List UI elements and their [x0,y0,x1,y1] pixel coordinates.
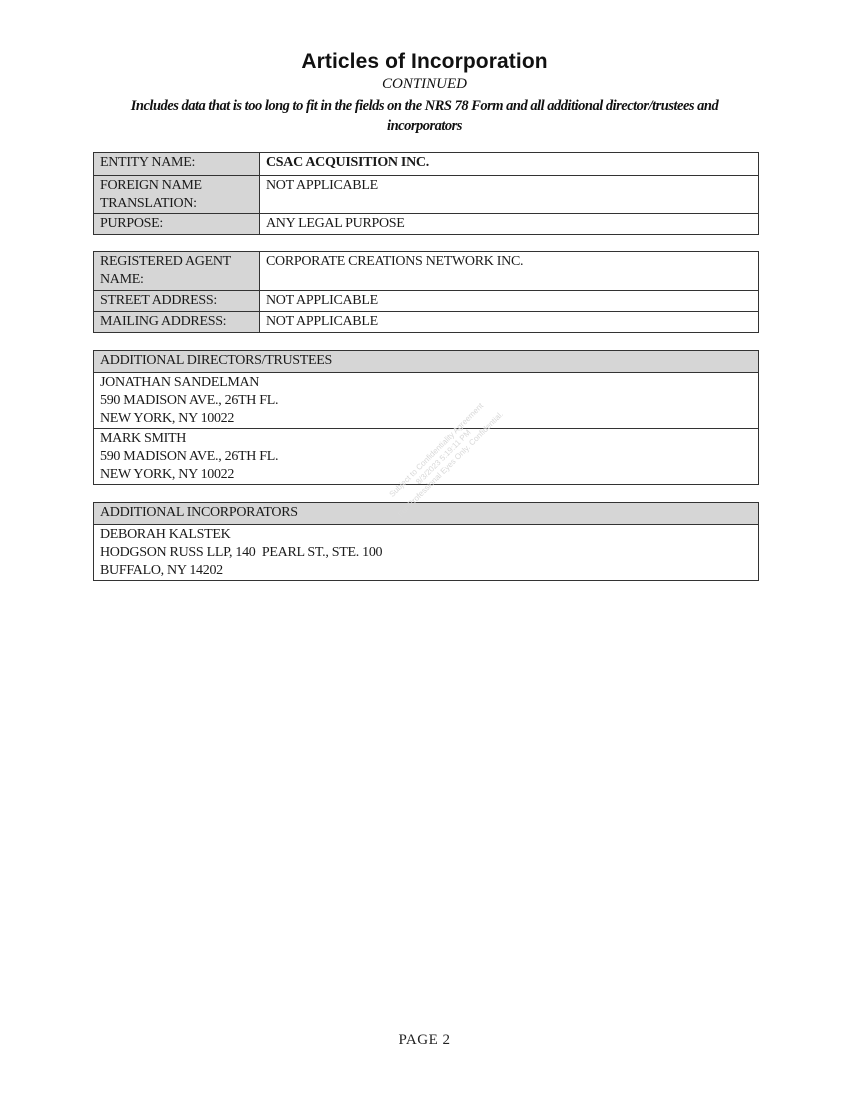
table-row: MARK SMITH 590 MADISON AVE., 26TH FL. NE… [94,429,759,485]
table-row: REGISTERED AGENT NAME: CORPORATE CREATIO… [94,252,759,291]
table-header-row: ADDITIONAL DIRECTORS/TRUSTEES [94,351,759,373]
table-row: JONATHAN SANDELMAN 590 MADISON AVE., 26T… [94,373,759,429]
mailing-address-label: MAILING ADDRESS: [94,312,260,333]
director-name: MARK SMITH [100,430,752,448]
table-row: STREET ADDRESS: NOT APPLICABLE [94,291,759,312]
directors-table: ADDITIONAL DIRECTORS/TRUSTEES JONATHAN S… [93,350,759,485]
registered-agent-label: REGISTERED AGENT NAME: [94,252,260,291]
registered-agent-value: CORPORATE CREATIONS NETWORK INC. [260,252,759,291]
incorporator-address-line1: HODGSON RUSS LLP, 140 PEARL ST., STE. 10… [100,544,752,562]
document-title: Articles of Incorporation [0,50,849,74]
table-row: FOREIGN NAME TRANSLATION: NOT APPLICABLE [94,176,759,214]
director-address-line2: NEW YORK, NY 10022 [100,466,752,484]
table-row: DEBORAH KALSTEK HODGSON RUSS LLP, 140 PE… [94,525,759,581]
entity-table: ENTITY NAME: CSAC ACQUISITION INC. FOREI… [93,152,759,235]
table-row: MAILING ADDRESS: NOT APPLICABLE [94,312,759,333]
mailing-address-value: NOT APPLICABLE [260,312,759,333]
table-header-row: ADDITIONAL INCORPORATORS [94,503,759,525]
director-entry: MARK SMITH 590 MADISON AVE., 26TH FL. NE… [94,429,759,485]
director-entry: JONATHAN SANDELMAN 590 MADISON AVE., 26T… [94,373,759,429]
page-number: PAGE 2 [0,1032,849,1049]
incorporator-entry: DEBORAH KALSTEK HODGSON RUSS LLP, 140 PE… [94,525,759,581]
foreign-name-value: NOT APPLICABLE [260,176,759,214]
incorporators-table: ADDITIONAL INCORPORATORS DEBORAH KALSTEK… [93,502,759,581]
director-address-line1: 590 MADISON AVE., 26TH FL. [100,392,752,410]
directors-header: ADDITIONAL DIRECTORS/TRUSTEES [94,351,759,373]
incorporators-header: ADDITIONAL INCORPORATORS [94,503,759,525]
incorporator-name: DEBORAH KALSTEK [100,526,752,544]
street-address-label: STREET ADDRESS: [94,291,260,312]
director-address-line1: 590 MADISON AVE., 26TH FL. [100,448,752,466]
table-row: PURPOSE: ANY LEGAL PURPOSE [94,214,759,235]
purpose-value: ANY LEGAL PURPOSE [260,214,759,235]
street-address-value: NOT APPLICABLE [260,291,759,312]
table-row: ENTITY NAME: CSAC ACQUISITION INC. [94,153,759,176]
foreign-name-label: FOREIGN NAME TRANSLATION: [94,176,260,214]
entity-name-value: CSAC ACQUISITION INC. [260,153,759,176]
document-subtitle: CONTINUED [0,76,849,93]
incorporator-address-line2: BUFFALO, NY 14202 [100,562,752,580]
director-address-line2: NEW YORK, NY 10022 [100,410,752,428]
entity-name-label: ENTITY NAME: [94,153,260,176]
document-description: Includes data that is too long to fit in… [110,96,739,136]
purpose-label: PURPOSE: [94,214,260,235]
agent-table: REGISTERED AGENT NAME: CORPORATE CREATIO… [93,251,759,333]
director-name: JONATHAN SANDELMAN [100,374,752,392]
